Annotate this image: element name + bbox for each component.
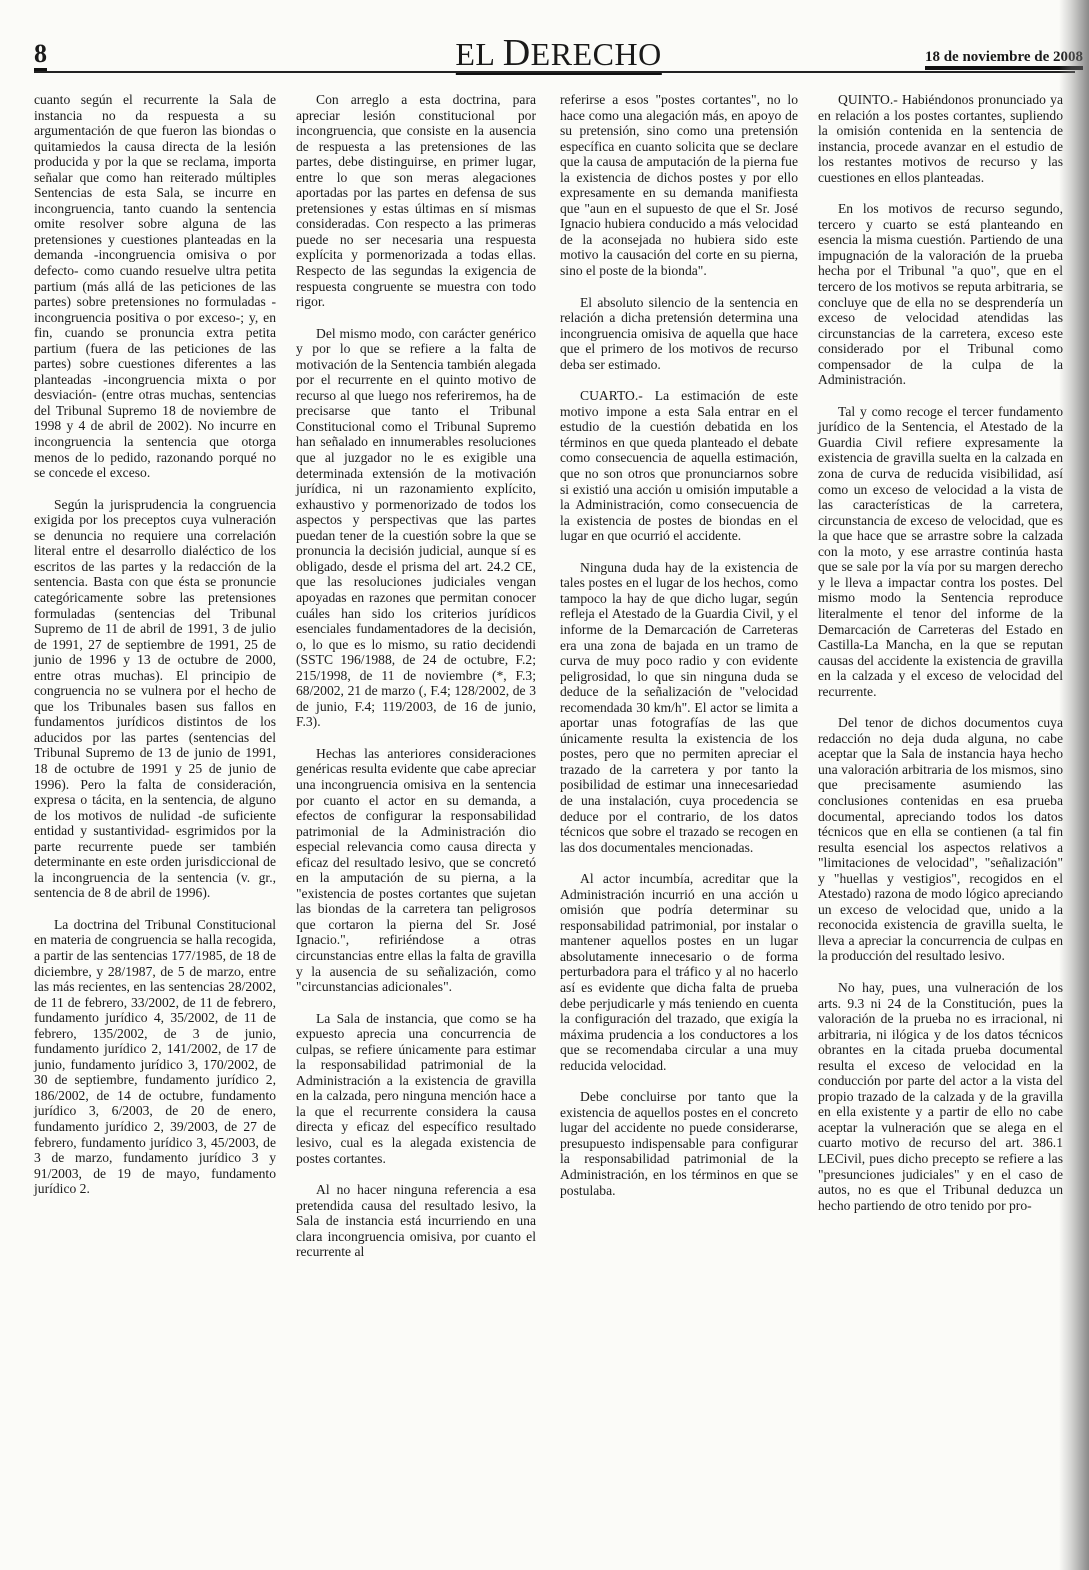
paragraph: Tal y como recoge el tercer fundamento j… xyxy=(818,404,1063,699)
paragraph: La doctrina del Tribunal Constitucional … xyxy=(34,917,276,1197)
title-rest: ERECHO xyxy=(531,36,662,72)
paragraph: Ninguna duda hay de la existencia de tal… xyxy=(560,560,798,855)
title-initial: D xyxy=(503,32,531,74)
paragraph: Hechas las anteriores consideraciones ge… xyxy=(296,746,536,995)
paragraph: Al no hacer ninguna referencia a esa pre… xyxy=(296,1182,536,1260)
paragraph: La Sala de instancia, que como se ha exp… xyxy=(296,1011,536,1166)
newspaper-title: EL DERECHO xyxy=(455,36,661,75)
newspaper-page: 8 EL DERECHO 18 de noviembre de 2008 cua… xyxy=(0,0,1089,1570)
header-rule xyxy=(34,71,1075,73)
paragraph: Debe concluirse por tanto que la existen… xyxy=(560,1089,798,1198)
page-number: 8 xyxy=(34,40,47,72)
section-quinto: QUINTO.- Habiéndonos pronunciado ya en r… xyxy=(818,92,1063,185)
section-cuarto: CUARTO.- La estimación de este motivo im… xyxy=(560,388,798,543)
masthead: 8 EL DERECHO 18 de noviembre de 2008 xyxy=(34,40,1083,72)
paragraph: Al actor incumbía, acreditar que la Admi… xyxy=(560,871,798,1073)
paragraph: Del mismo modo, con carácter genérico y … xyxy=(296,326,536,730)
column-2: Con arreglo a esta doctrina, para apreci… xyxy=(296,92,536,1276)
paragraph: No hay, pues, una vulneración de los art… xyxy=(818,980,1063,1213)
paragraph: Según la jurisprudencia la congruencia e… xyxy=(34,497,276,901)
paragraph: referirse a esos "postes cortantes", no … xyxy=(560,92,798,279)
paragraph: Del tenor de dichos documentos cuya reda… xyxy=(818,715,1063,964)
paragraph: Con arreglo a esta doctrina, para apreci… xyxy=(296,92,536,310)
column-1: cuanto según el recurrente la Sala de in… xyxy=(34,92,276,1213)
column-4: QUINTO.- Habiéndonos pronunciado ya en r… xyxy=(818,92,1063,1229)
scan-edge-shadow xyxy=(1059,0,1089,1570)
paragraph: cuanto según el recurrente la Sala de in… xyxy=(34,92,276,481)
paragraph: En los motivos de recurso segundo, terce… xyxy=(818,201,1063,388)
paragraph: El absoluto silencio de la sentencia en … xyxy=(560,295,798,373)
title-prefix: EL xyxy=(455,36,502,72)
column-3: referirse a esos "postes cortantes", no … xyxy=(560,92,798,1214)
